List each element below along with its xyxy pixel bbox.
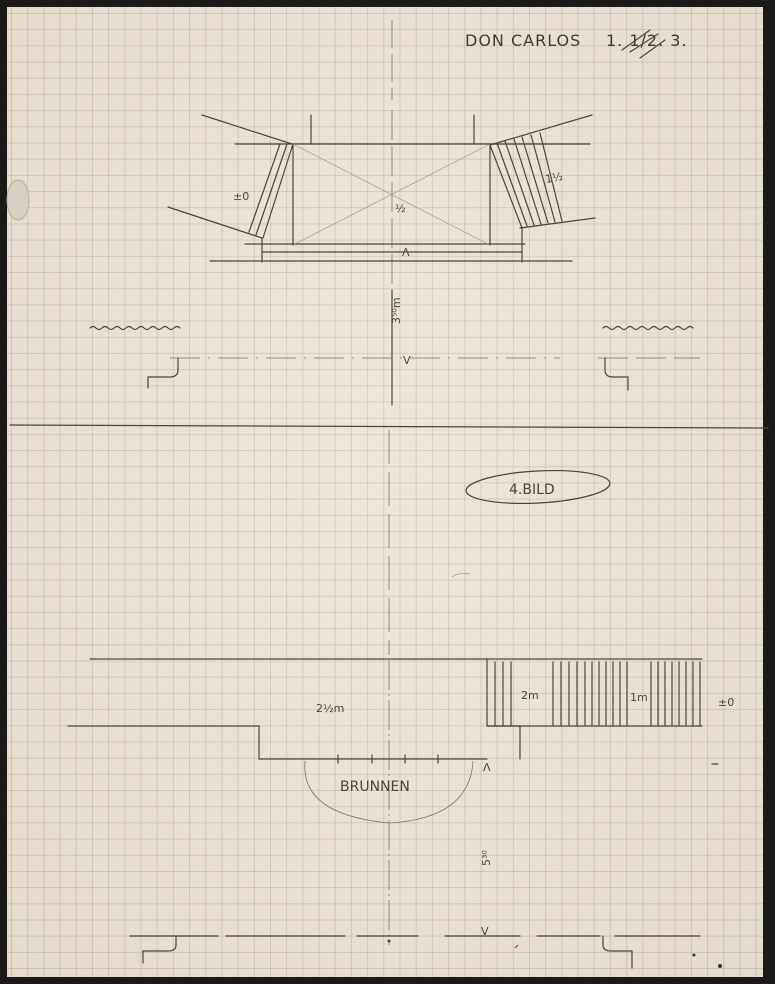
- lower-platform-outline: [68, 726, 487, 759]
- plan-divider: [10, 425, 768, 428]
- upper-marker-bottom: V: [403, 354, 411, 367]
- act-numbering: 1. 1/2. 3.: [606, 31, 688, 50]
- punch-hole-mark: [7, 180, 29, 220]
- proscenium-corner-left: [148, 358, 178, 388]
- left-ramp-level-label: ±0: [233, 190, 249, 203]
- lower-marker-top: Λ: [483, 761, 491, 774]
- lower-corner-right: [603, 936, 632, 968]
- stage-level-label: ±0: [718, 696, 734, 709]
- center-height-label: ½: [395, 202, 406, 215]
- stairs-left-label: 2m: [521, 689, 539, 702]
- stair-block: [487, 659, 702, 726]
- lower-proscenium-line: [130, 936, 700, 943]
- right-stairs-height-label: 1½: [544, 170, 564, 186]
- lower-corner-left: [143, 936, 176, 963]
- upper-plan: ±0 1½ ½ Λ 3⁵⁰m V: [90, 20, 700, 405]
- scene-label: 4.BILD: [465, 467, 610, 506]
- stair-landing-outline: [487, 726, 520, 759]
- production-title: DON CARLOS: [465, 31, 581, 50]
- stray-mark: [452, 573, 470, 577]
- stairs-right-label: 1m: [630, 691, 648, 704]
- platform-depth-label: 2½m: [316, 702, 344, 715]
- stage-plan-drawing: DON CARLOS 1. 1/2. 3.: [0, 0, 775, 984]
- lower-plan: BRUNNEN Λ: [68, 430, 734, 968]
- fountain-label: BRUNNEN: [340, 779, 410, 795]
- curtain-left: [90, 327, 180, 330]
- title-block: DON CARLOS 1. 1/2. 3.: [465, 30, 688, 58]
- upper-marker-top: Λ: [402, 246, 410, 259]
- scene-label-text: 4.BILD: [509, 482, 555, 498]
- curtain-right: [603, 327, 693, 330]
- lower-marker-bottom: V: [481, 925, 489, 938]
- red-mark: [515, 945, 518, 948]
- upper-depth-dimension: 3⁵⁰m: [390, 297, 403, 324]
- proscenium-corner-right: [605, 358, 628, 390]
- lower-depth-dimension: 5³⁰: [480, 850, 493, 866]
